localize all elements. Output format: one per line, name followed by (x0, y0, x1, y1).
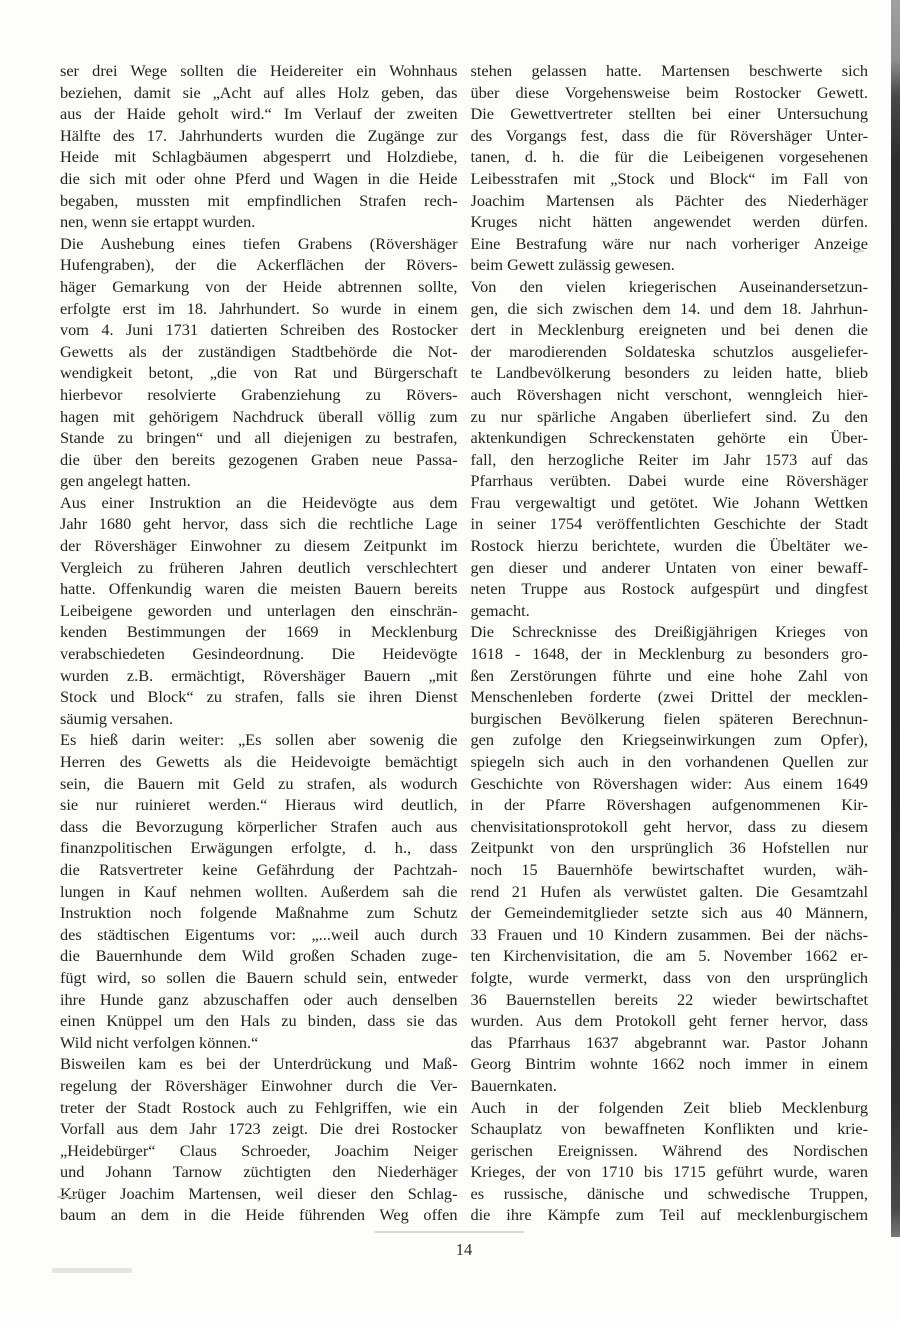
text-line: säumig versahen. (60, 708, 458, 730)
scan-artifact (374, 1231, 524, 1233)
text-line: wurden. Aus dem Protokoll geht ferner he… (471, 1010, 869, 1032)
text-line: rend 21 Hufen als verwüstet galten. Die … (471, 881, 869, 903)
text-line: die Ratsvertreter keine Gefährdung der P… (60, 859, 458, 881)
text-line: hatte. Offenkundig waren die meisten Bau… (60, 578, 458, 600)
text-line: auch Rövershagen nicht verschont, wenngl… (471, 384, 869, 406)
text-line: chenvisitationsprotokoll geht hervor, da… (471, 816, 869, 838)
text-line: 33 Frauen und 10 Kindern zusammen. Bei d… (471, 924, 869, 946)
text-line: Von den vielen kriegerischen Auseinander… (471, 276, 869, 298)
text-line: dass die Bevorzugung körperlicher Strafe… (60, 816, 458, 838)
text-line: Menschenleben forderte (zwei Drittel der… (471, 686, 869, 708)
text-line: sein, die Bauern mit Geld zu strafen, al… (60, 773, 458, 795)
text-line: gen dieser und anderer Untaten von einer… (471, 557, 869, 579)
text-line: erfolgte erst im 18. Jahrhundert. So wur… (60, 298, 458, 320)
text-line: nen, wenn sie ertappt wurden. (60, 211, 458, 233)
text-line: hierbevor resolvierte Grabenziehung zu R… (60, 384, 458, 406)
text-line: Gewetts als der zuständigen Stadtbehörde… (60, 341, 458, 363)
text-line: treter der Stadt Rostock auch zu Fehlgri… (60, 1097, 458, 1119)
paragraph: Die Aushebung eines tiefen Grabens (Röve… (60, 233, 458, 492)
text-line: noch 15 Bauernhöfe bewirtschaftet wurden… (471, 859, 869, 881)
text-line: vom 4. Juni 1731 datierten Schreiben des… (60, 319, 458, 341)
text-line: Kruges nicht hätten angewendet werden dü… (471, 211, 869, 233)
text-line: Bisweilen kam es bei der Unterdrückung u… (60, 1053, 458, 1075)
page-number: 14 (60, 1240, 868, 1260)
paragraph: ser drei Wege sollten die Heidereiter ei… (60, 60, 458, 233)
text-line: sie nur ruinieret werden.“ Hieraus wird … (60, 794, 458, 816)
text-line: beim Gewett zulässig gewesen. (471, 254, 869, 276)
text-line: gen zufolge den Kriegseinwirkungen zum O… (471, 729, 869, 751)
text-line: Pfarrhaus verübten. Dabei wurde eine Röv… (471, 470, 869, 492)
text-line: begaben, mussten mit empfindlichen Straf… (60, 190, 458, 212)
text-line: „Heidebürger“ Claus Schroeder, Joachim N… (60, 1140, 458, 1162)
text-line: Leibesstrafen mit „Stock und Block“ im F… (471, 168, 869, 190)
paragraph: Aus einer Instruktion an die Heidevögte … (60, 492, 458, 730)
text-line: aktenkundigen Schreckenstaten gehörte ei… (471, 427, 869, 449)
text-line: Heide mit Schlagbäumen abgesperrt und Ho… (60, 146, 458, 168)
text-line: folgte, wurde vermerkt, dass von den urs… (471, 967, 869, 989)
paragraph: stehen gelassen hatte. Martensen beschwe… (471, 60, 869, 276)
text-line: des städtischen Eigentums vor: „...weil … (60, 924, 458, 946)
text-line: baum an dem in die Heide führenden Weg o… (60, 1204, 458, 1226)
text-line: Die Gewettvertreter stellten bei einer U… (471, 103, 869, 125)
text-line: Vergleich zu früheren Jahren deutlich ve… (60, 557, 458, 579)
text-line: Es hieß darin weiter: „Es sollen aber so… (60, 729, 458, 751)
text-line: finanzpolitischen Erwägungen erfolgte, d… (60, 837, 458, 859)
text-line: Joachim Martensen als Pächter des Nieder… (471, 190, 869, 212)
text-line: Die Aushebung eines tiefen Grabens (Röve… (60, 233, 458, 255)
text-line: kenden Bestimmungen der 1669 in Mecklenb… (60, 621, 458, 643)
text-line: der Rövershäger Einwohner zu diesem Zeit… (60, 535, 458, 557)
scanned-book-page: ser drei Wege sollten die Heidereiter ei… (0, 0, 900, 1322)
text-line: häger Gemarkung von der Heide abtrennen … (60, 276, 458, 298)
text-line: ihre Hunde ganz abzuschaffen oder auch d… (60, 989, 458, 1011)
paragraph: Die Schrecknisse des Dreißigjährigen Kri… (471, 621, 869, 1096)
text-line: burgischen Bevölkerung fielen späteren B… (471, 708, 869, 730)
text-line: Stock und Block“ zu strafen, falls sie i… (60, 686, 458, 708)
text-line: das Pfarrhaus 1637 abgebrannt war. Pasto… (471, 1032, 869, 1054)
text-line: gemacht. (471, 600, 869, 622)
text-line: Georg Bintrim wohnte 1662 noch immer in … (471, 1053, 869, 1075)
text-line: des Vorgangs fest, dass die für Rövershä… (471, 125, 869, 147)
text-line: zu nur spärliche Angaben überliefert sin… (471, 406, 869, 428)
text-line: Auch in der folgenden Zeit blieb Mecklen… (471, 1097, 869, 1119)
text-line: der marodierenden Soldateska schutzlos a… (471, 341, 869, 363)
text-line: ßen Zerstörungen führte und eine hohe Za… (471, 665, 869, 687)
text-line: Zeitpunkt von den ursprünglich 36 Hofste… (471, 837, 869, 859)
text-line: stehen gelassen hatte. Martensen beschwe… (471, 60, 869, 82)
text-line: es russische, dänische und schwedische T… (471, 1183, 869, 1205)
text-line: die sich mit oder ohne Pferd und Wagen i… (60, 168, 458, 190)
text-line: gen angelegt hatten. (60, 470, 458, 492)
text-line: gerischen Ereignissen. Während des Nordi… (471, 1140, 869, 1162)
text-line: 36 Bauernstellen bereits 22 wieder bewir… (471, 989, 869, 1011)
text-line: die über den bereits gezogenen Graben ne… (60, 449, 458, 471)
text-line: 1618 - 1648, der in Mecklenburg zu beson… (471, 643, 869, 665)
text-line: wurden z.B. ermächtigt, Rövershäger Baue… (60, 665, 458, 687)
text-line: fall, den herzogliche Reiter im Jahr 157… (471, 449, 869, 471)
text-line: Wild nicht verfolgen können.“ (60, 1032, 458, 1054)
text-line: Geschichte von Rövershagen wider: Aus ei… (471, 773, 869, 795)
text-line: tanen, d. h. die für die Leibeigenen vor… (471, 146, 869, 168)
text-line: Leibeigene geworden und unterlagen den e… (60, 600, 458, 622)
scan-artifact (52, 1268, 132, 1273)
text-line: ten Kirchenvisitation, die am 5. Novembe… (471, 945, 869, 967)
text-line: Rostock hierzu berichtete, wurden die Üb… (471, 535, 869, 557)
paragraph: Auch in der folgenden Zeit blieb Mecklen… (471, 1097, 869, 1227)
text-line: Eine Bestrafung wäre nur nach vorheriger… (471, 233, 869, 255)
text-line: Instruktion noch folgende Maßnahme zum S… (60, 902, 458, 924)
text-line: Krüger Joachim Martensen, weil dieser de… (60, 1183, 458, 1205)
text-line: wendigkeit betont, „die von Rat und Bürg… (60, 362, 458, 384)
text-line: te Landbevölkerung besonders zu leiden h… (471, 362, 869, 384)
scan-edge-band (891, 0, 900, 1237)
text-line: der Gemeindemitglieder setzte sich aus 4… (471, 902, 869, 924)
paragraph: Von den vielen kriegerischen Auseinander… (471, 276, 869, 622)
text-line: die ihre Kämpfe zum Teil auf mecklenburg… (471, 1204, 869, 1226)
scan-artifact (856, 390, 863, 392)
text-line: in seiner 1754 veröffentlichten Geschich… (471, 513, 869, 535)
text-line: ser drei Wege sollten die Heidereiter ei… (60, 60, 458, 82)
text-line: Hälfte des 17. Jahrhunderts wurden die Z… (60, 125, 458, 147)
text-line: beziehen, damit sie „Acht auf alles Holz… (60, 82, 458, 104)
text-column-right: stehen gelassen hatte. Martensen beschwe… (471, 60, 869, 1226)
text-line: in der Pfarre Rövershagen aufgenommenen … (471, 794, 869, 816)
text-line: verabschiedeten Gesindeordnung. Die Heid… (60, 643, 458, 665)
text-line: Schauplatz von bewaffneten Konflikten un… (471, 1118, 869, 1140)
text-line: Hufengraben), der die Ackerflächen der R… (60, 254, 458, 276)
text-line: Stande zu bringen“ und all diejenigen zu… (60, 427, 458, 449)
text-line: die Bauernhunde dem Wild großen Schaden … (60, 945, 458, 967)
text-line: gen, die sich zwischen dem 14. und dem 1… (471, 298, 869, 320)
text-line: lungen in Kauf nehmen wollten. Außerdem … (60, 881, 458, 903)
text-line: Frau vergewaltigt und getötet. Wie Johan… (471, 492, 869, 514)
text-line: spiegeln sich auch in den vorhandenen Qu… (471, 751, 869, 773)
text-line: und Johann Tarnow züchtigten den Niederh… (60, 1161, 458, 1183)
text-line: Aus einer Instruktion an die Heidevögte … (60, 492, 458, 514)
text-line: einen Knüppel um den Hals zu binden, das… (60, 1010, 458, 1032)
text-line: fügt wird, so sollen die Bauern schuld s… (60, 967, 458, 989)
text-line: Herren des Gewetts als die Heidevoigte b… (60, 751, 458, 773)
text-column-left: ser drei Wege sollten die Heidereiter ei… (60, 60, 458, 1226)
text-block: ser drei Wege sollten die Heidereiter ei… (60, 60, 868, 1226)
paragraph: Es hieß darin weiter: „Es sollen aber so… (60, 729, 458, 1053)
text-line: Jahr 1680 geht hervor, dass sich die rec… (60, 513, 458, 535)
text-line: Krieges, der von 1710 bis 1715 geführt w… (471, 1161, 869, 1183)
text-line: über diese Vorgehensweise beim Rostocker… (471, 82, 869, 104)
text-line: Bauernkaten. (471, 1075, 869, 1097)
text-line: Vorfall aus dem Jahr 1723 zeigt. Die dre… (60, 1118, 458, 1140)
text-line: aus der Haide geholt wird.“ Im Verlauf d… (60, 103, 458, 125)
text-line: dert in Mecklenburg ereigneten und bei d… (471, 319, 869, 341)
text-line: Die Schrecknisse des Dreißigjährigen Kri… (471, 621, 869, 643)
paragraph: Bisweilen kam es bei der Unterdrückung u… (60, 1053, 458, 1226)
scan-artifact (57, 1196, 77, 1198)
scan-artifact (858, 250, 864, 252)
text-line: hagen mit gehörigem Nachdruck überall vö… (60, 406, 458, 428)
text-line: regelung der Rövershäger Einwohner durch… (60, 1075, 458, 1097)
text-line: neten Truppe aus Rostock aufgespürt und … (471, 578, 869, 600)
